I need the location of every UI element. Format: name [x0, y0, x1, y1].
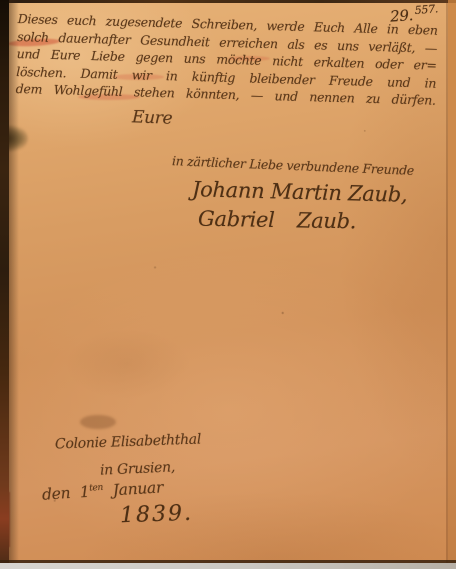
- manuscript-photo: 29.557. Dieses euch zugesendete Schreibe…: [0, 0, 456, 569]
- closing-formula: in zärtlicher Liebe verbundene Freunde: [172, 153, 414, 178]
- date-year: 1839.: [120, 501, 194, 529]
- place-line-colony: Colonie Elisabeththal: [55, 431, 202, 452]
- book-gutter-edge: [0, 0, 9, 564]
- brown-smudge: [80, 415, 116, 429]
- signature-johann-martin-zaub: Johann Martin Zaub,: [192, 177, 408, 207]
- background-strip-bottom: [0, 563, 456, 569]
- page-right-edge: [448, 0, 456, 563]
- salutation: Eure: [132, 107, 173, 128]
- date-line: den 1ten Januar: [42, 478, 164, 503]
- letter-body: Dieses euch zugesendete Schreiben, werde…: [16, 10, 438, 110]
- place-line-region: in Grusien,: [100, 459, 176, 478]
- date-month: Januar: [112, 478, 163, 499]
- manuscript-page: 29.557. Dieses euch zugesendete Schreibe…: [0, 0, 456, 569]
- signature-gabriel-zaub: Gabriel Zaub.: [198, 207, 357, 234]
- folio-page-number: 557.: [414, 2, 438, 17]
- gutter-shadow: [9, 0, 19, 564]
- date-day: den 1: [42, 483, 90, 504]
- date-ordinal: ten: [89, 483, 103, 494]
- page-top-edge: [6, 0, 456, 3]
